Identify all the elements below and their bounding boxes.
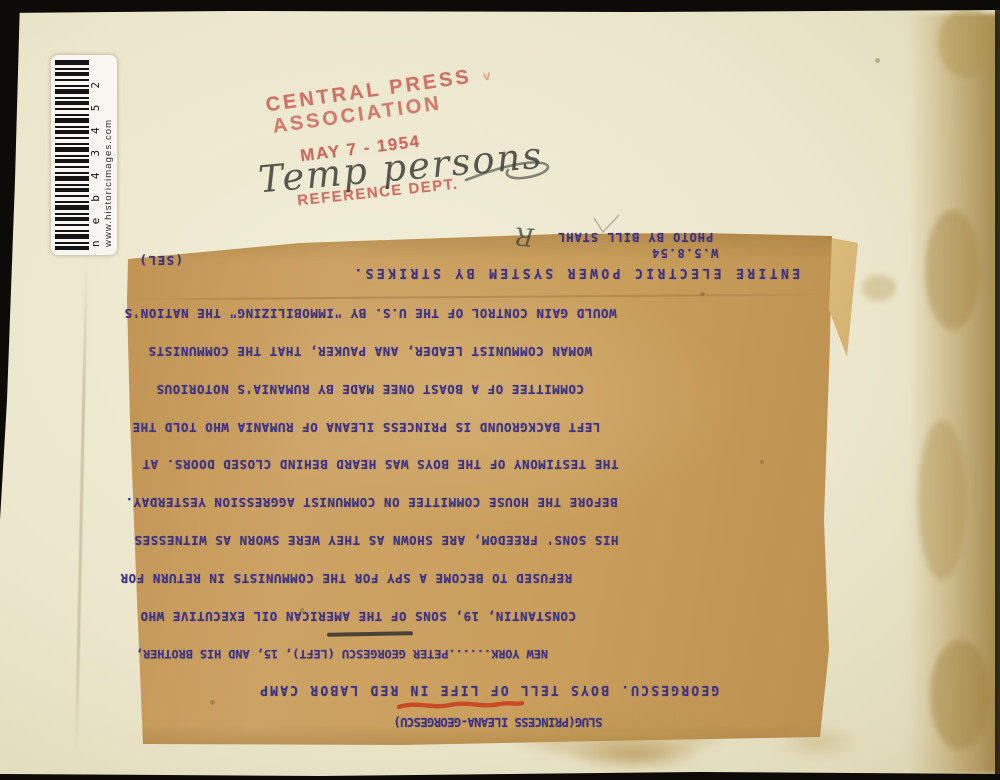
caption-line: COMMITTEE OF A BOAST ONEE MADE BY RUMANI… — [156, 382, 584, 397]
caption-line: WOMAN COMMUNIST LEADER, ANA PAUKER, THAT… — [148, 344, 592, 359]
barcode-number: neb43452 — [89, 59, 102, 247]
paper-speck — [760, 460, 764, 464]
caption-headline-line: GEORGESCU. BOYS TELL OF LIFE IN RED LABO… — [258, 682, 719, 697]
caption-line: NEW YORK......PETER GEORGESCU (LEFT), 15… — [136, 647, 548, 661]
barcode-sticker: neb43452 www.historicimages.com — [51, 55, 117, 255]
caption-line: PHOTO BY BILL STAHL — [557, 230, 713, 244]
caption-line: W.5.8.54 — [651, 246, 718, 260]
caption-line: LEFT BACKGROUND IS PRINCESS ILEANA OF RU… — [132, 420, 600, 435]
caption-line: BEFORE THE HOUSE COMMITTEE ON COMMUNIST … — [125, 495, 618, 510]
caption-line: REFUSED TO BECOME A SPY FOR THE COMMUNIS… — [120, 571, 572, 586]
caption-slug-line: SLUG(PRINCESS ILEANA-GEORGESCU) — [394, 715, 602, 729]
pencil-flourish — [462, 148, 562, 192]
frame-edge-right — [995, 8, 1000, 774]
barcode-website: www.historicimages.com — [103, 119, 114, 247]
caption-line: CONSTANTIN, 19, SONS OF THE AMERICAN OIL… — [140, 609, 576, 624]
barcode-bars — [55, 60, 89, 250]
caption-line: THE TESTIMONY OF THE BOYS WAS HEARD BEHI… — [142, 457, 618, 472]
paper-speck — [210, 700, 215, 705]
caption-line: (SEL) — [138, 253, 183, 268]
caption-line: WOULD GAIN CONTROL OF THE U.S. BY "IMMOB… — [124, 306, 617, 321]
pencil-initial: R — [514, 221, 535, 252]
caption-line: ENTIRE ELECTRIC POWER SYSTEM BY STRIKES. — [351, 265, 800, 280]
photo-back-scan: neb43452 www.historicimages.com CENTRAL … — [0, 0, 1000, 780]
caption-line: HIS SONS' FREEDOM, ARE SHOWN AS THEY WER… — [134, 533, 619, 548]
paper-speck — [875, 58, 880, 63]
red-crayon-underline — [396, 697, 526, 713]
